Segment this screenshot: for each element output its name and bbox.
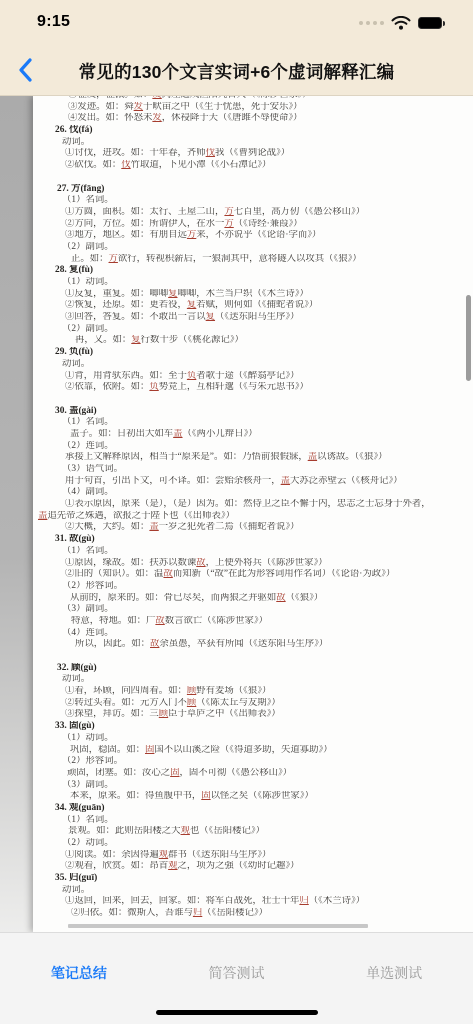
doc-text-line: ②依靠，依附。如：负势竞上，互相轩邈（《与朱元思书》）	[33, 382, 473, 394]
bottom-tab-bar: 笔记总结 简答测试 单选测试	[0, 932, 473, 1024]
doc-text-line: ①原因，缘故。如：扶苏以数谏故，上使外将兵（《陈涉世家》）	[33, 558, 473, 570]
doc-blank-line	[33, 651, 473, 663]
home-indicator[interactable]	[156, 1010, 318, 1015]
doc-entry-heading: 27. 方(fāng)	[33, 184, 473, 196]
document-page: ②征发，征派。如：发闾左適戍渔阳九百人（《陈涉世家》）③发迹。如：舜发于畎亩之中…	[33, 96, 473, 932]
doc-text-line: ①背，用背驮东西。如：至于负者歌于途（《醉翁亭记》）	[33, 371, 473, 383]
doc-entry-heading: 30. 盖(gài)	[33, 406, 473, 418]
doc-blank-line	[33, 172, 473, 184]
doc-text-line: （2）副词。	[33, 324, 473, 336]
doc-entry-heading: 33. 固(gù)	[33, 721, 473, 733]
doc-text-line: （4）副词。	[33, 487, 473, 499]
doc-text-line: ③探望，拜访。如：三顾臣于草庐之中（《出师表》）	[33, 709, 473, 721]
doc-text-line: （2）副词。	[33, 242, 473, 254]
scrollbar-thumb[interactable]	[466, 295, 471, 381]
doc-text-line: ②归依。如：微斯人，吾谁与归（《岳阳楼记》）	[33, 908, 473, 920]
back-button[interactable]	[8, 52, 42, 88]
doc-text-line: （2）形容词。	[33, 581, 473, 593]
chevron-left-icon	[18, 58, 32, 82]
tab-short-answer-test[interactable]: 简答测试	[158, 963, 316, 983]
battery-icon	[418, 17, 445, 29]
doc-text-line: （2）连词。	[33, 441, 473, 453]
doc-text-line: （1）名词。	[33, 546, 473, 558]
status-time: 9:15	[37, 13, 70, 31]
doc-text-line: 再，又。如：复行数十步（《桃花源记》）	[33, 335, 473, 347]
doc-text-line: （2）形容词。	[33, 756, 473, 768]
document-lines: ②征发，征派。如：发闾左適戍渔阳九百人（《陈涉世家》）③发迹。如：舜发于畎亩之中…	[33, 96, 473, 932]
doc-text-line: 盖子。如：日初出大如车盖（《两小儿辩日》）	[33, 429, 473, 441]
page-title: 常见的130个文言实词+6个虚词解释汇编	[79, 59, 395, 84]
doc-text-line: 特意，特地。如：广故数言欲亡（《陈涉世家》）	[33, 616, 473, 628]
status-bar: 9:15	[0, 0, 473, 48]
nav-header: 常见的130个文言实词+6个虚词解释汇编	[0, 48, 473, 94]
doc-text-line: ①看，环顾，向四周看。如：顾野有麦场（《狼》）	[33, 686, 473, 698]
doc-text-line: 从前的，原来的。如：骨已尽矣，而两狼之并驱如故（《狼》）	[33, 593, 473, 605]
doc-text-line: 正。如：方欲行，转视积薪后，一狼洞其中，意将隧入以攻其（《狼》）	[33, 254, 473, 266]
doc-text-line: （4）连词。	[33, 628, 473, 640]
doc-text-line: ①讨伐，进攻。如：十年春，齐师伐我（《曹刿论战》）	[33, 148, 473, 160]
doc-text-line: （3）语气词。	[33, 464, 473, 476]
doc-entry-heading: 31. 故(gù)	[33, 534, 473, 546]
doc-text-line: ②方向，方位。如：所谓伊人，在水一方（《诗经·蒹葭》）	[33, 219, 473, 231]
doc-text-line: ③地方，地区。如：有朋自远方来，不亦说乎（《论语·学而》）	[33, 230, 473, 242]
tab-notes-summary[interactable]: 笔记总结	[0, 963, 158, 983]
doc-entry-heading: 26. 伐(fá)	[33, 125, 473, 137]
doc-entry-heading: 32. 顾(gù)	[33, 663, 473, 675]
doc-text-line: 动词。	[33, 137, 473, 149]
doc-text-line: ④发出。如：怀怒未发，休祲降于天（《唐雎不辱使命》）	[33, 113, 473, 125]
cellular-signal-icon	[359, 21, 384, 25]
doc-entry-heading: 28. 复(fù)	[33, 265, 473, 277]
doc-text-line: ③回答，答复。如：不敢出一言以复（《送东阳马生序》）	[33, 312, 473, 324]
doc-text-line: （1）名词。	[33, 815, 473, 827]
doc-text-line: ②砍伐。如：伐竹取道，下见小潭（《小石潭记》）	[33, 160, 473, 172]
doc-entry-heading: 29. 负(fù)	[33, 347, 473, 359]
doc-text-line: （3）副词。	[33, 780, 473, 792]
doc-text-line: ①反复，重复。如：唧唧复唧唧，木兰当户织（《木兰诗》）	[33, 289, 473, 301]
doc-text-line: 顽固，闭塞。如：汝心之固，固不可彻（《愚公移山》）	[33, 768, 473, 780]
doc-entry-heading: 34. 观(guān)	[33, 803, 473, 815]
doc-text-line: ①阅读。如：余因得遍观群书（《送东阳马生序》）	[33, 850, 473, 862]
doc-clipped-line	[33, 920, 473, 932]
document-viewer[interactable]: ②征发，征派。如：发闾左適戍渔阳九百人（《陈涉世家》）③发迹。如：舜发于畎亩之中…	[0, 96, 473, 932]
doc-text-line: ③发迹。如：舜发于畎亩之中（《生于忧患，死于安乐》）	[33, 102, 473, 114]
doc-text-line: ①返回，回来，回去，回家。如：将军百战死，壮士十年归（《木兰诗》）	[33, 896, 473, 908]
doc-blank-line	[33, 394, 473, 406]
doc-text-line: （1）名词。	[33, 195, 473, 207]
doc-text-line: 承接上文解释原因，相当于“原来是”。如：乃悟前狼假寐，盖以诱敌。（《狼》）	[33, 452, 473, 464]
doc-text-line: 动词。	[33, 674, 473, 686]
doc-text-line: ②转过头看。如：元方入门不顾（《陈太丘与友期》）	[33, 698, 473, 710]
doc-text-line: （1）名词。	[33, 417, 473, 429]
doc-text-line: ②旧的（知识）。如：温故而知新（“故”在此为形容词用作名词）（《论语·为政》）	[33, 569, 473, 581]
doc-text-line: 动词。	[33, 885, 473, 897]
doc-text-line: ②大概，大约。如：盖一岁之犯死者二焉（《捕蛇者说》）	[33, 522, 473, 534]
top-chrome: 9:15 常见的130个文言实词+6个虚词解释汇编	[0, 0, 473, 96]
doc-text-line: 所以，因此。如：故余虽愚，卒获有所闻（《送东阳马生序》）	[33, 639, 473, 651]
doc-text-line: 盖追先帝之殊遇，欲报之于陛下也（《出师表》）	[33, 511, 473, 523]
doc-text-line: ②恢复，还原。如：更若役，复若赋，则何如（《捕蛇者说》）	[33, 300, 473, 312]
doc-text-line: 用于句首，引出下文，可不译。如：尝贻余核舟一，盖大苏泛赤壁云（《核舟记》）	[33, 476, 473, 488]
doc-text-line: （2）动词。	[33, 838, 473, 850]
doc-text-line: （1）动词。	[33, 277, 473, 289]
doc-text-line: 景观。如：此则岳阳楼之大观也（《岳阳楼记》）	[33, 826, 473, 838]
doc-entry-heading: 35. 归(guī)	[33, 873, 473, 885]
tab-multiple-choice-test[interactable]: 单选测试	[315, 963, 473, 983]
doc-text-line: ②观看，欣赏。如：昂首观之，项为之强（《幼时记趣》）	[33, 861, 473, 873]
doc-text-line: （3）副词。	[33, 604, 473, 616]
wifi-icon	[391, 16, 411, 30]
doc-text-line: ①方圆，面积。如：太行、王屋二山，方七百里，高万仞（《愚公移山》）	[33, 207, 473, 219]
doc-text-line: 本来，原来。如：得鱼腹中书，固以怪之矣（《陈涉世家》）	[33, 791, 473, 803]
doc-text-line: 动词。	[33, 359, 473, 371]
doc-text-line: 巩固，稳固。如：固国不以山溪之险（《得道多助，失道寡助》）	[33, 745, 473, 757]
doc-text-line: ①表示原因，原来（是），（是）因为。如：然侍卫之臣不懈于内，忠志之士忘身于外者，	[33, 499, 473, 511]
doc-text-line: （1）动词。	[33, 733, 473, 745]
